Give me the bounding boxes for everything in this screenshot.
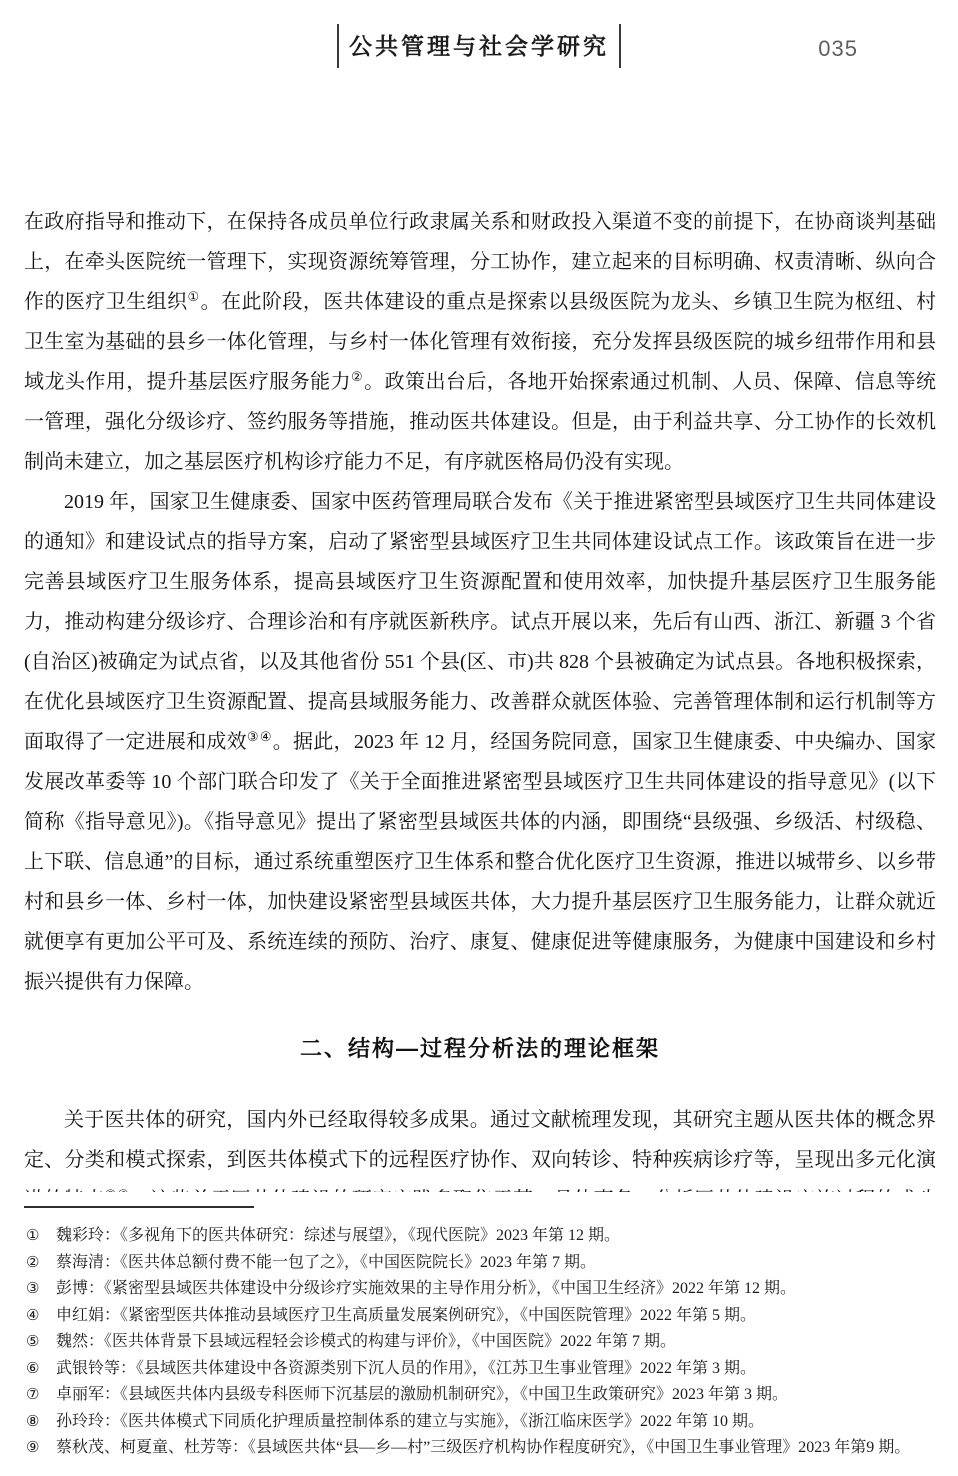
footnote-marker: ① bbox=[24, 1223, 56, 1250]
footnote-ref: ① bbox=[188, 289, 201, 304]
footnote-text: 卓丽军：《县域医共体内县级专科医师下沉基层的激励机制研究》，《中国卫生政策研究》… bbox=[56, 1382, 936, 1409]
footnote-marker: ④ bbox=[24, 1303, 56, 1330]
running-head: 公共管理与社会学研究 bbox=[0, 24, 958, 73]
footnote-item: ⑦卓丽军：《县域医共体内县级专科医师下沉基层的激励机制研究》，《中国卫生政策研究… bbox=[24, 1382, 936, 1409]
footnote-text: 魏彩玲：《多视角下的医共体研究：综述与展望》，《现代医院》2023 年第 12 … bbox=[56, 1223, 936, 1250]
footnote-text: 蔡海清：《医共体总额付费不能一包了之》，《中国医院院长》2023 年第 7 期。 bbox=[56, 1250, 936, 1277]
footnote-text: 孙玲玲：《医共体模式下同质化护理质量控制体系的建立与实施》，《浙江临床医学》20… bbox=[56, 1409, 936, 1436]
footnote-ref: ③④ bbox=[247, 729, 273, 744]
footnote-marker: ⑦ bbox=[24, 1382, 56, 1409]
paragraph-2: 2019 年，国家卫生健康委、国家中医药管理局联合发布《关于推进紧密型县域医疗卫… bbox=[24, 482, 936, 1002]
footnote-item: ⑨蔡秋茂、柯夏童、杜芳等：《县域医共体“县—乡—村”三级医疗机构协作程度研究》，… bbox=[24, 1435, 936, 1462]
header-left-bar bbox=[337, 24, 339, 68]
article-body: 在政府指导和推动下，在保持各成员单位行政隶属关系和财政投入渠道不变的前提下，在协… bbox=[24, 202, 936, 1192]
footnote-text: 蔡秋茂、柯夏童、杜芳等：《县域医共体“县—乡—村”三级医疗机构协作程度研究》，《… bbox=[56, 1435, 936, 1462]
footnote-ref: ② bbox=[351, 369, 364, 384]
document-page: 公共管理与社会学研究 035 在政府指导和推动下，在保持各成员单位行政隶属关系和… bbox=[0, 0, 958, 1476]
paragraph-3: 关于医共体的研究，国内外已经取得较多成果。通过文献梳理发现，其研究主题从医共体的… bbox=[24, 1100, 936, 1192]
footnote-text: 武银铃等：《县域医共体建设中各资源类别下沉人员的作用》，《江苏卫生事业管理》20… bbox=[56, 1356, 936, 1383]
footnote-separator bbox=[24, 1206, 254, 1208]
footnote-list: ①魏彩玲：《多视角下的医共体研究：综述与展望》，《现代医院》2023 年第 12… bbox=[24, 1223, 936, 1462]
footnotes-section: ①魏彩玲：《多视角下的医共体研究：综述与展望》，《现代医院》2023 年第 12… bbox=[24, 1192, 936, 1476]
footnote-item: ③彭博：《紧密型县域医共体建设中分级诊疗实施效果的主导作用分析》，《中国卫生经济… bbox=[24, 1276, 936, 1303]
footnote-text: 魏然：《医共体背景下县域远程轻会诊模式的构建与评价》，《中国医院》2022 年第… bbox=[56, 1329, 936, 1356]
footnote-item: ⑥武银铃等：《县域医共体建设中各资源类别下沉人员的作用》，《江苏卫生事业管理》2… bbox=[24, 1356, 936, 1383]
page-number: 035 bbox=[818, 36, 858, 62]
header-right-bar bbox=[619, 24, 621, 68]
footnote-marker: ⑥ bbox=[24, 1356, 56, 1383]
footnote-item: ④申红娟：《紧密型医共体推动县域医疗卫生高质量发展案例研究》，《中国医院管理》2… bbox=[24, 1303, 936, 1330]
footnote-item: ⑤魏然：《医共体背景下县域远程轻会诊模式的构建与评价》，《中国医院》2022 年… bbox=[24, 1329, 936, 1356]
footnote-marker: ③ bbox=[24, 1276, 56, 1303]
footnote-marker: ⑧ bbox=[24, 1409, 56, 1436]
footnote-item: ⑧孙玲玲：《医共体模式下同质化护理质量控制体系的建立与实施》，《浙江临床医学》2… bbox=[24, 1409, 936, 1436]
journal-section-title: 公共管理与社会学研究 bbox=[349, 24, 609, 68]
section-heading: 二、结构—过程分析法的理论框架 bbox=[24, 1034, 936, 1064]
footnote-text: 彭博：《紧密型县域医共体建设中分级诊疗实施效果的主导作用分析》，《中国卫生经济》… bbox=[56, 1276, 936, 1303]
footnote-item: ①魏彩玲：《多视角下的医共体研究：综述与展望》，《现代医院》2023 年第 12… bbox=[24, 1223, 936, 1250]
footnote-item: ②蔡海清：《医共体总额付费不能一包了之》，《中国医院院长》2023 年第 7 期… bbox=[24, 1250, 936, 1277]
footnote-marker: ② bbox=[24, 1250, 56, 1277]
footnote-marker: ⑤ bbox=[24, 1329, 56, 1356]
footnote-marker: ⑨ bbox=[24, 1435, 56, 1462]
paragraph-1: 在政府指导和推动下，在保持各成员单位行政隶属关系和财政投入渠道不变的前提下，在协… bbox=[24, 202, 936, 482]
footnote-text: 申红娟：《紧密型医共体推动县域医疗卫生高质量发展案例研究》，《中国医院管理》20… bbox=[56, 1303, 936, 1330]
